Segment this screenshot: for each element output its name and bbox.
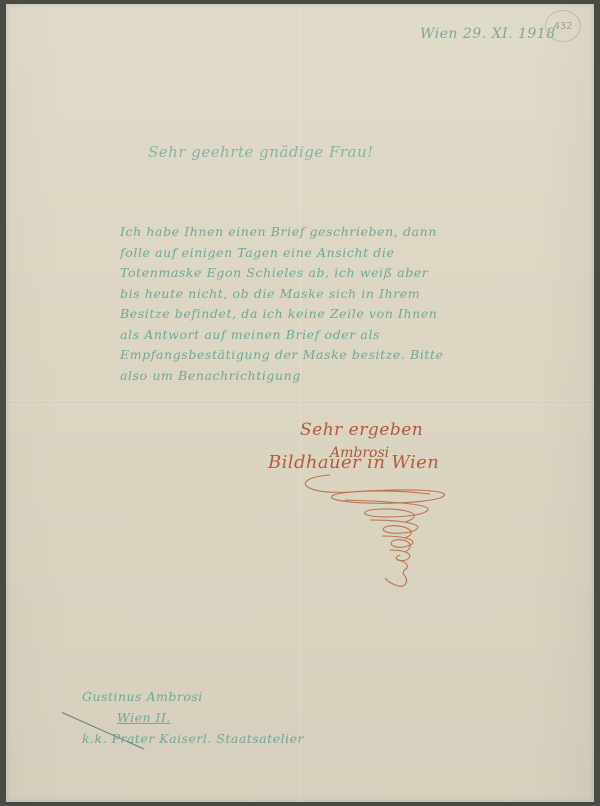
address-line-name: Gustinus Ambrosi (82, 686, 304, 707)
address-line-city: Wien II. (82, 707, 304, 728)
body-line: bis heute nicht, ob die Maske sich in Ih… (120, 284, 500, 305)
body-line: als Antwort auf meinen Brief oder als (120, 325, 500, 346)
archive-number-stamp: 432 (545, 10, 581, 42)
body-line: Besitze befindet, da ich keine Zeile von… (120, 304, 500, 325)
body-line: folle auf einigen Tagen eine Ansicht die (120, 243, 500, 264)
salutation: Sehr geehrte gnädige Frau! (148, 143, 374, 161)
sender-address: Gustinus Ambrosi Wien II. k.k. Prater Ka… (82, 686, 304, 749)
signature-flourish-icon (270, 470, 470, 590)
letter-body: Ich habe Ihnen einen Brief geschrieben, … (120, 222, 500, 386)
letter-sheet (6, 4, 594, 802)
body-line: also um Benachrichtigung (120, 366, 500, 387)
body-line: Ich habe Ihnen einen Brief geschrieben, … (120, 222, 500, 243)
vertical-fold-crease (300, 4, 301, 802)
body-line: Totenmaske Egon Schieles ab, ich weiß ab… (120, 263, 500, 284)
address-line-studio: k.k. Prater Kaiserl. Staatsatelier (82, 728, 304, 749)
archive-number: 432 (553, 21, 572, 32)
closing-phrase: Sehr ergeben (300, 420, 423, 440)
letter-date: Wien 29. XI. 1918 (420, 26, 556, 42)
body-line: Empfangsbestätigung der Maske besitze. B… (120, 345, 500, 366)
